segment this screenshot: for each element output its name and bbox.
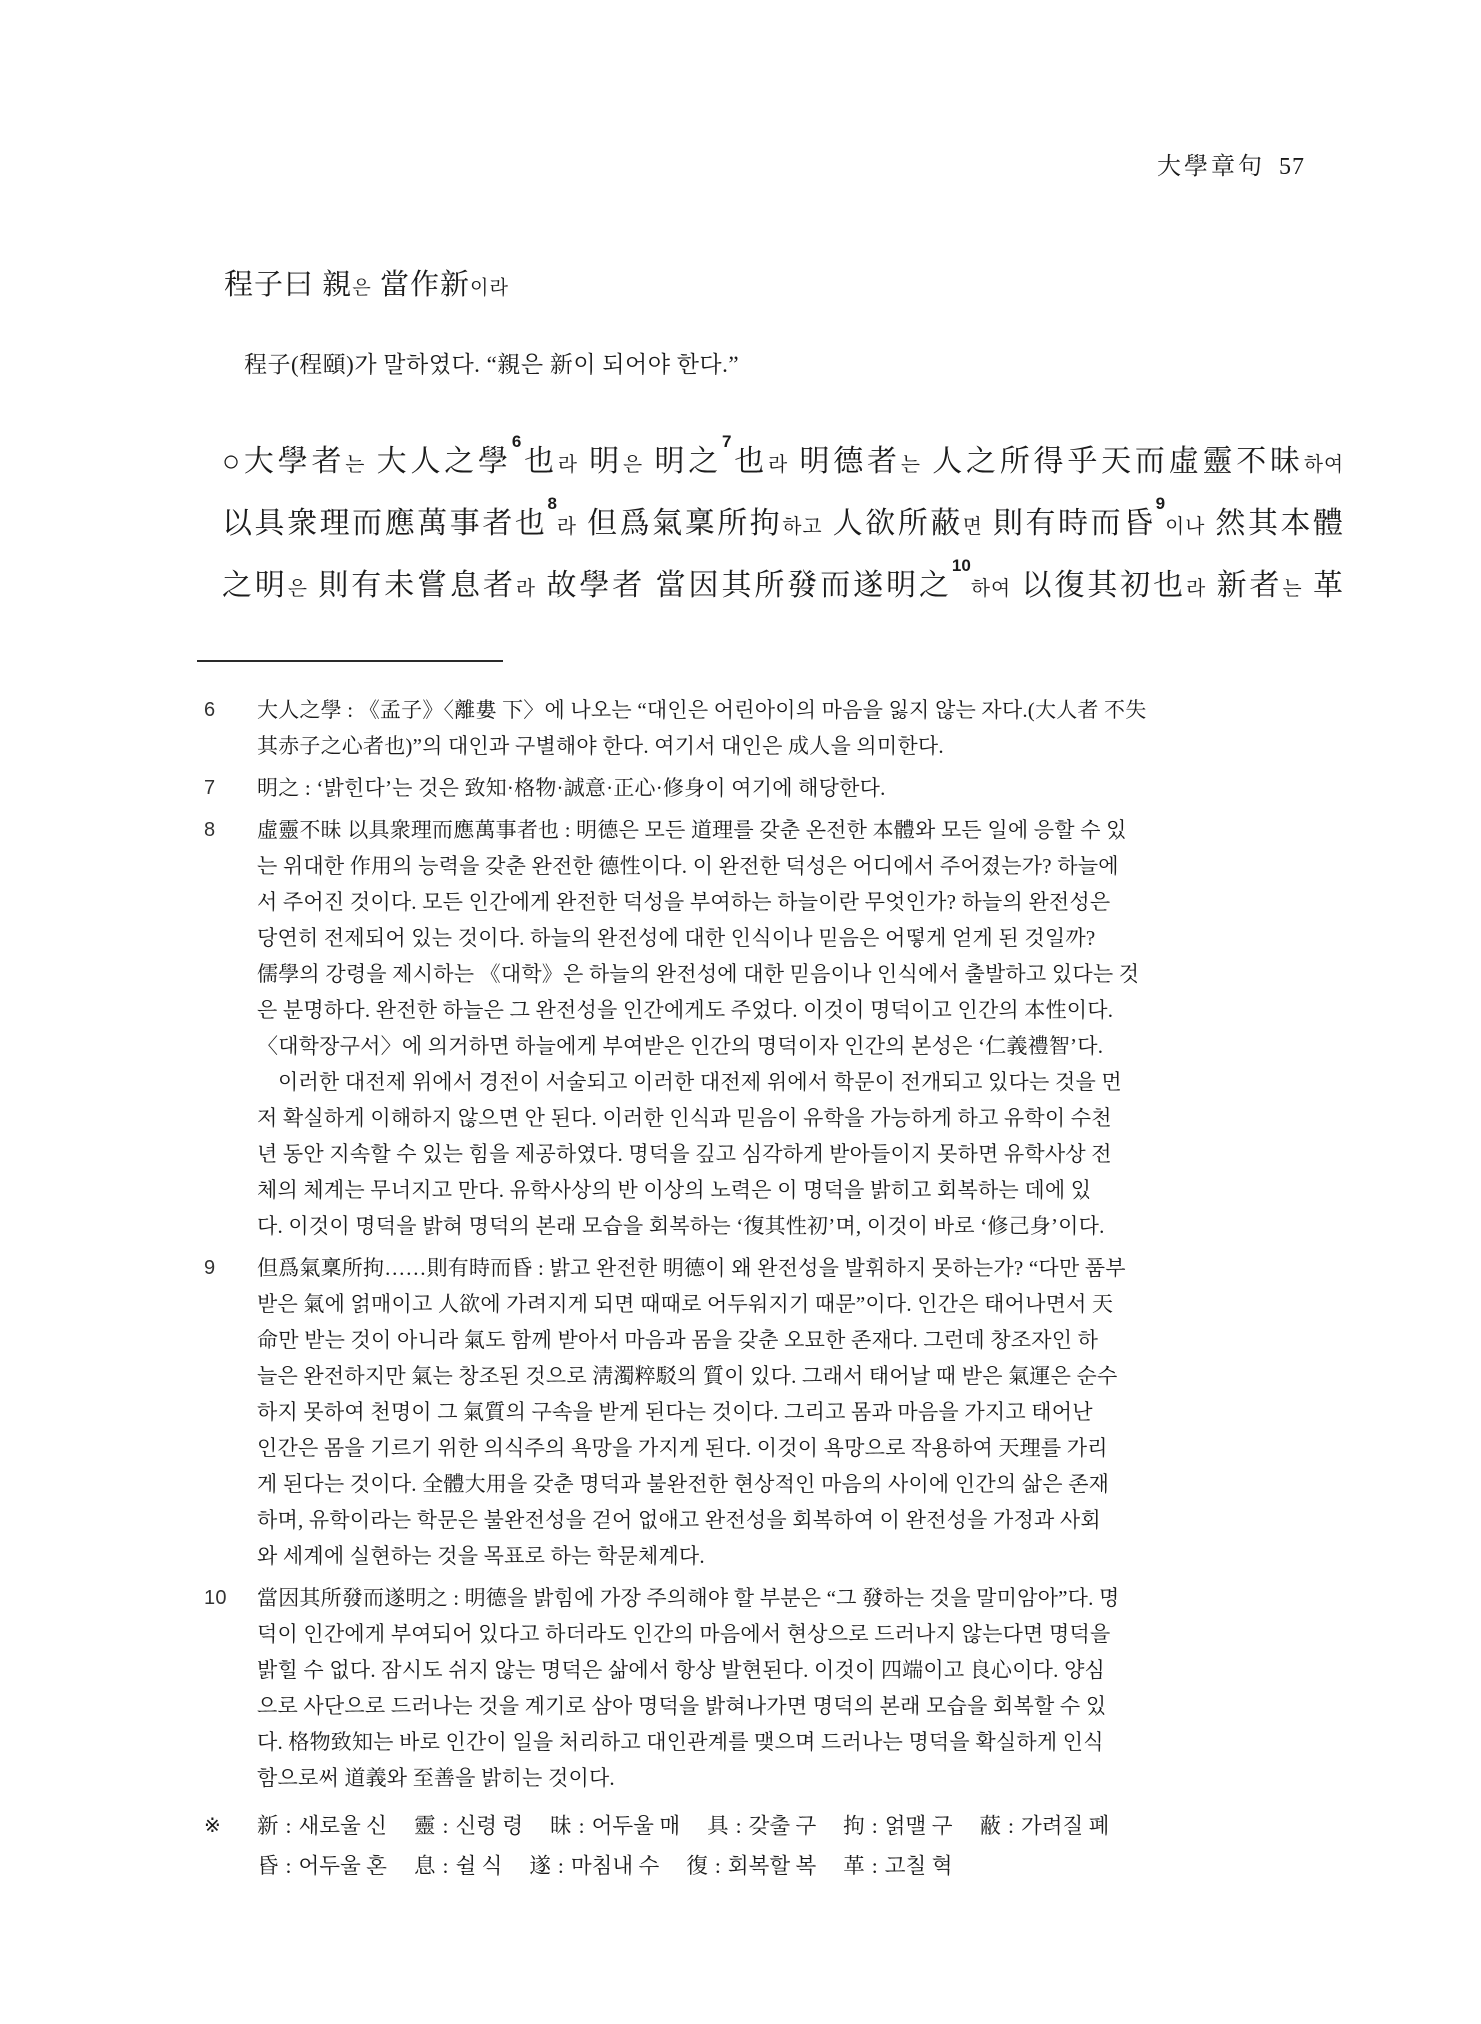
glossary-row: 新:새로울 신靈:신령 령昧:어두울 매具:갖출 구拘:얽맬 구蔽:가려질 폐: [257, 1806, 1344, 1846]
glossary-hanja: 息: [414, 1854, 436, 1878]
glossary-entry: 遂:마침내 수: [529, 1854, 659, 1878]
footnote-line: 와 세계에 실현하는 것을 목표로 하는 학문체계다.: [257, 1538, 1344, 1574]
glossary-hanja: 拘: [843, 1814, 865, 1838]
footnote-line: 但爲氣稟所拘……則有時而昏 : 밝고 완전한 明德이 왜 완전성을 발휘하지 못…: [257, 1250, 1344, 1286]
glossary-row: 昏:어두울 혼息:쉴 식遂:마침내 수復:회복할 복革:고칠 혁: [257, 1846, 1344, 1886]
footnote-ref: 6: [512, 432, 521, 451]
glossary-hanja: 昧: [550, 1814, 572, 1838]
footnote-line: 다. 格物致知는 바로 인간이 일을 처리하고 대인관계를 맺으며 드러나는 명…: [257, 1724, 1344, 1760]
page-number: 57: [1279, 154, 1305, 180]
footnote-line: 虛靈不昧 以具衆理而應萬事者也 : 明德은 모든 道理를 갖춘 온전한 本體와 …: [257, 812, 1344, 848]
glossary-entry: 昧:어두울 매: [550, 1814, 680, 1838]
footnote-ref: 10: [952, 556, 971, 575]
glossary-reading: 회복할 복: [728, 1854, 816, 1878]
glossary-hanja: 復: [686, 1854, 708, 1878]
glossary-entry: 昏:어두울 혼: [257, 1854, 387, 1878]
footnote-number: 6: [204, 692, 257, 764]
footnotes-section: 6大人之學 : 《孟子》〈離婁 下〉에 나오는 “대인은 어린아이의 마음을 잃…: [204, 692, 1344, 1802]
glossary-colon: :: [872, 1814, 878, 1838]
footnote-line: 命만 받는 것이 아니라 氣도 함께 받아서 마음과 몸을 갖춘 오묘한 존재다…: [257, 1322, 1344, 1358]
footnote-line: 는 위대한 作用의 능력을 갖춘 완전한 德性이다. 이 완전한 덕성은 어디에…: [257, 848, 1344, 884]
glossary-colon: :: [442, 1854, 448, 1878]
footnote-line: 하지 못하여 천명이 그 氣質의 구속을 받게 된다는 것이다. 그리고 몸과 …: [257, 1394, 1344, 1430]
hangul-particle: 라: [558, 454, 578, 476]
glossary-reading: 마침내 수: [571, 1854, 659, 1878]
glossary-colon: :: [872, 1854, 878, 1878]
glossary-reading: 쉴 식: [455, 1854, 502, 1878]
hangul-particle: 하여: [971, 578, 1011, 600]
hanmun-quote: 程子曰 親은 當作新이라: [224, 262, 509, 303]
glossary-reading: 고칠 혁: [885, 1854, 953, 1878]
footnote-body: 但爲氣稟所拘……則有時而昏 : 밝고 완전한 明德이 왜 완전성을 발휘하지 못…: [257, 1250, 1344, 1574]
passage-line: ○大學者는 大人之學6也라 明은 明之7也라 明德者는 人之所得乎天而虛靈不昧하…: [222, 424, 1344, 486]
footnote-line: 은 분명하다. 완전한 하늘은 그 완전성을 인간에게도 주었다. 이것이 명덕…: [257, 992, 1344, 1028]
chapter-title: 大學章句: [1157, 154, 1265, 180]
footnote: 9但爲氣稟所拘……則有時而昏 : 밝고 완전한 明德이 왜 완전성을 발휘하지 …: [204, 1250, 1344, 1574]
hangul-particle: 하여: [1304, 454, 1344, 476]
footnote-ref: 8: [547, 494, 556, 513]
footnote-line: 저 확실하게 이해하지 않으면 안 된다. 이러한 인식과 믿음이 유학을 가능…: [257, 1100, 1344, 1136]
glossary-entry: 復:회복할 복: [686, 1854, 816, 1878]
footnote-body: 大人之學 : 《孟子》〈離婁 下〉에 나오는 “대인은 어린아이의 마음을 잃지…: [257, 692, 1344, 764]
footnote-divider: [197, 660, 503, 662]
glossary-reading: 어두울 매: [592, 1814, 680, 1838]
footnote-line: 其赤子之心者也)”의 대인과 구별해야 한다. 여기서 대인은 成人을 의미한다…: [257, 728, 1344, 764]
glossary-entry: 革:고칠 혁: [843, 1854, 952, 1878]
footnote-line: 다. 이것이 명덕을 밝혀 명덕의 본래 모습을 회복하는 ‘復其性初’며, 이…: [257, 1208, 1344, 1244]
footnote-number: 9: [204, 1250, 257, 1574]
footnote-line: 게 된다는 것이다. 全體大用을 갖춘 명덕과 불완전한 현상적인 마음의 사이…: [257, 1466, 1344, 1502]
hangul-particle: 는: [345, 454, 365, 476]
footnote-ref: 7: [722, 432, 731, 451]
hangul-particle: 는: [1282, 578, 1302, 600]
footnote-line: 덕이 인간에게 부여되어 있다고 하더라도 인간의 마음에서 현상으로 드러나지…: [257, 1616, 1344, 1652]
hangul-particle: 이라: [470, 278, 509, 299]
reference-mark-icon: ※: [204, 1806, 257, 1886]
hangul-particle: 은: [352, 278, 371, 299]
footnote-number: 10: [204, 1580, 257, 1796]
glossary-hanja: 具: [707, 1814, 729, 1838]
glossary-colon: :: [1008, 1814, 1014, 1838]
hangul-particle: 이나: [1165, 516, 1205, 538]
glossary-entry: 新:새로울 신: [257, 1814, 387, 1838]
hangul-particle: 은: [288, 578, 308, 600]
footnote-line: 체의 체계는 무너지고 만다. 유학사상의 반 이상의 노력은 이 명덕을 밝히…: [257, 1172, 1344, 1208]
hangul-particle: 라: [516, 578, 536, 600]
page-header: 大學章句57: [1157, 146, 1305, 181]
main-passage: ○大學者는 大人之學6也라 明은 明之7也라 明德者는 人之所得乎天而虛靈不昧하…: [222, 424, 1344, 610]
glossary-colon: :: [286, 1854, 292, 1878]
footnote-ref: 9: [1156, 494, 1165, 513]
footnote-line: 儒學의 강령을 제시하는 《대학》은 하늘의 완전성에 대한 믿음이나 인식에서…: [257, 956, 1344, 992]
footnote-number: 7: [204, 770, 257, 806]
glossary-entry: 拘:얽맬 구: [843, 1814, 952, 1838]
footnote: 8虛靈不昧 以具衆理而應萬事者也 : 明德은 모든 道理를 갖춘 온전한 本體와…: [204, 812, 1344, 1244]
footnote: 10當因其所發而遂明之 : 明德을 밝힘에 가장 주의해야 할 부분은 “그 發…: [204, 1580, 1344, 1796]
glossary-reading: 가려질 폐: [1021, 1814, 1109, 1838]
hangul-particle: 라: [768, 454, 788, 476]
footnote: 6大人之學 : 《孟子》〈離婁 下〉에 나오는 “대인은 어린아이의 마음을 잃…: [204, 692, 1344, 764]
footnote-line: 이러한 대전제 위에서 경전이 서술되고 이러한 대전제 위에서 학문이 전개되…: [257, 1064, 1344, 1100]
footnote-line: 년 동안 지속할 수 있는 힘을 제공하였다. 명덕을 깊고 심각하게 받아들이…: [257, 1136, 1344, 1172]
glossary-colon: :: [286, 1814, 292, 1838]
glossary-entry: 息:쉴 식: [414, 1854, 502, 1878]
footnote-line: 늘은 완전하지만 氣는 창조된 것으로 淸濁粹駁의 質이 있다. 그래서 태어날…: [257, 1358, 1344, 1394]
glossary-entry: 靈:신령 령: [414, 1814, 523, 1838]
footnote-line: 〈대학장구서〉에 의거하면 하늘에게 부여받은 인간의 명덕이자 인간의 본성은…: [257, 1028, 1344, 1064]
glossary-colon: :: [558, 1854, 564, 1878]
hangul-particle: 라: [557, 516, 577, 538]
footnote-line: 인간은 몸을 기르기 위한 의식주의 욕망을 가지게 된다. 이것이 욕망으로 …: [257, 1430, 1344, 1466]
footnote-line: 明之 : ‘밝힌다’는 것은 致知·格物·誠意·正心·修身이 여기에 해당한다.: [257, 770, 1344, 806]
footnote-number: 8: [204, 812, 257, 1244]
footnote-line: 밝힐 수 없다. 잠시도 쉬지 않는 명덕은 삶에서 항상 발현된다. 이것이 …: [257, 1652, 1344, 1688]
passage-line: 以具衆理而應萬事者也8라 但爲氣稟所拘하고 人欲所蔽면 則有時而昏9이나 然其本…: [222, 486, 1344, 548]
hangul-particle: 면: [963, 516, 983, 538]
footnote-line: 서 주어진 것이다. 모든 인간에게 완전한 덕성을 부여하는 하늘이란 무엇인…: [257, 884, 1344, 920]
glossary-rows: 新:새로울 신靈:신령 령昧:어두울 매具:갖출 구拘:얽맬 구蔽:가려질 폐昏…: [257, 1806, 1344, 1886]
footnote-line: 받은 氣에 얽매이고 人欲에 가려지게 되면 때때로 어두워지기 때문”이다. …: [257, 1286, 1344, 1322]
footnote-line: 當因其所發而遂明之 : 明德을 밝힘에 가장 주의해야 할 부분은 “그 發하는…: [257, 1580, 1344, 1616]
glossary-hanja: 遂: [529, 1854, 551, 1878]
footnote: 7明之 : ‘밝힌다’는 것은 致知·格物·誠意·正心·修身이 여기에 해당한다…: [204, 770, 1344, 806]
glossary-reading: 새로울 신: [299, 1814, 387, 1838]
glossary-hanja: 革: [843, 1854, 865, 1878]
footnote-body: 當因其所發而遂明之 : 明德을 밝힘에 가장 주의해야 할 부분은 “그 發하는…: [257, 1580, 1344, 1796]
glossary-reading: 어두울 혼: [299, 1854, 387, 1878]
footnote-line: 大人之學 : 《孟子》〈離婁 下〉에 나오는 “대인은 어린아이의 마음을 잃지…: [257, 692, 1344, 728]
footnote-body: 虛靈不昧 以具衆理而應萬事者也 : 明德은 모든 道理를 갖춘 온전한 本體와 …: [257, 812, 1344, 1244]
passage-line: 之明은 則有未嘗息者라 故學者 當因其所發而遂明之10하여 以復其初也라 新者는…: [222, 548, 1344, 610]
glossary-entry: 具:갖출 구: [707, 1814, 816, 1838]
glossary-reading: 얽맬 구: [885, 1814, 953, 1838]
hangul-particle: 라: [1186, 578, 1206, 600]
translation-text: 程子(程頤)가 말하였다. “親은 新이 되어야 한다.”: [244, 346, 739, 379]
glossary-hanja: 昏: [257, 1854, 279, 1878]
footnote-line: 으로 사단으로 드러나는 것을 계기로 삼아 명덕을 밝혀나가면 명덕의 본래 …: [257, 1688, 1344, 1724]
glossary-colon: :: [579, 1814, 585, 1838]
glossary-entry: 蔽:가려질 폐: [979, 1814, 1109, 1838]
hangul-particle: 는: [901, 454, 921, 476]
glossary-colon: :: [715, 1854, 721, 1878]
glossary-colon: :: [442, 1814, 448, 1838]
glossary-hanja: 靈: [414, 1814, 436, 1838]
glossary-colon: :: [736, 1814, 742, 1838]
book-page: 大學章句57 程子曰 親은 當作新이라 程子(程頤)가 말하였다. “親은 新이…: [0, 0, 1481, 2024]
glossary-hanja: 新: [257, 1814, 279, 1838]
hangul-particle: 은: [623, 454, 643, 476]
footnote-line: 당연히 전제되어 있는 것이다. 하늘의 완전성에 대한 인식이나 믿음은 어떻…: [257, 920, 1344, 956]
hangul-particle: 하고: [782, 516, 822, 538]
footnote-line: 함으로써 道義와 至善을 밝히는 것이다.: [257, 1760, 1344, 1796]
footnote-body: 明之 : ‘밝힌다’는 것은 致知·格物·誠意·正心·修身이 여기에 해당한다.: [257, 770, 1344, 806]
glossary-reading: 신령 령: [455, 1814, 523, 1838]
footnote-line: 하며, 유학이라는 학문은 불완전성을 걷어 없애고 완전성을 회복하여 이 완…: [257, 1502, 1344, 1538]
glossary-section: ※ 新:새로울 신靈:신령 령昧:어두울 매具:갖출 구拘:얽맬 구蔽:가려질 …: [204, 1806, 1344, 1886]
glossary-hanja: 蔽: [979, 1814, 1001, 1838]
glossary-reading: 갖출 구: [749, 1814, 817, 1838]
